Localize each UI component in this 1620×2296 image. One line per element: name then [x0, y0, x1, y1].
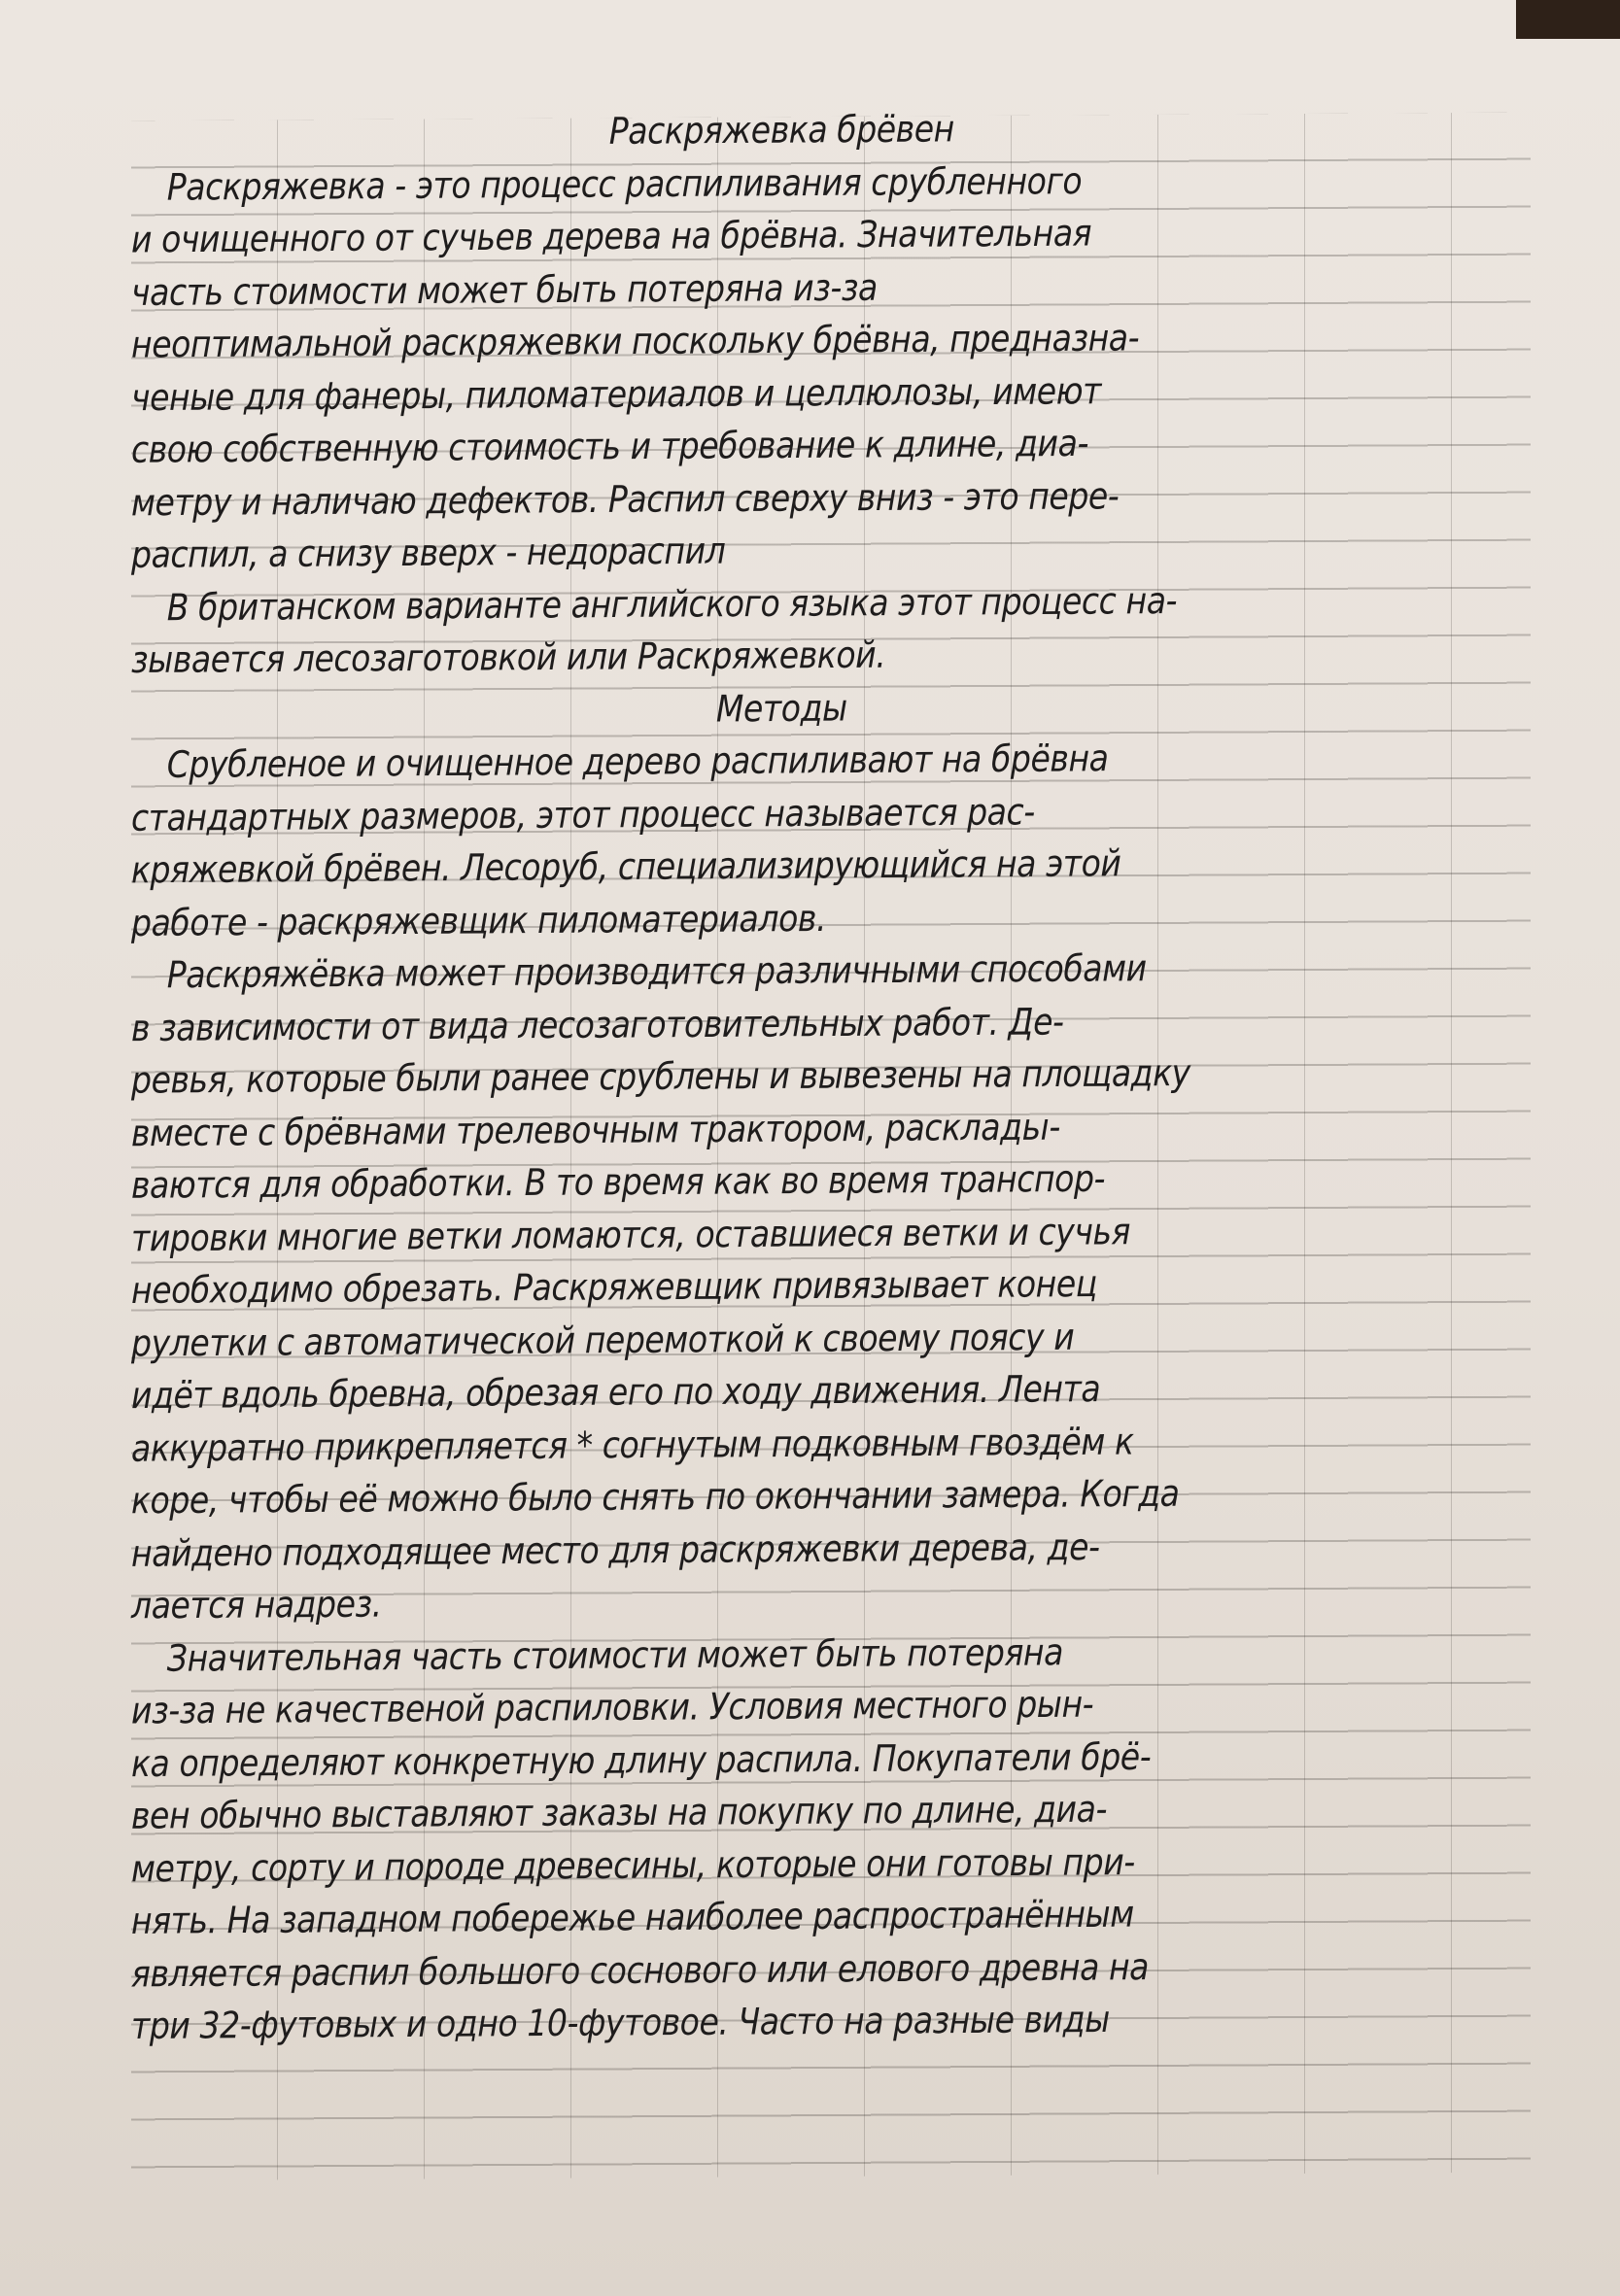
text-line: ваются для обработки. В то время как во …: [131, 1151, 1432, 1213]
text-line: стандартных размеров, этот процесс назыв…: [131, 783, 1432, 844]
text-line: кряжевкой брёвен. Лесоруб, специализирую…: [131, 836, 1432, 897]
text-line: аккуратно прикрепляется * согнутым подко…: [131, 1414, 1432, 1475]
text-line: вместе с брёвнами трелевочным трактором,…: [131, 1099, 1432, 1160]
text-line: рулетки с автоматической перемоткой к св…: [131, 1309, 1432, 1370]
text-line: нять. На западном побережье наиболее рас…: [131, 1887, 1432, 1948]
text-line: метру, сорту и породе древесины, которые…: [131, 1834, 1432, 1896]
text-line: неоптимальной раскряжевки поскольку брёв…: [131, 310, 1432, 371]
text-line: Значительная часть стоимости может быть …: [131, 1624, 1432, 1685]
handwritten-text: Раскряжевка брёвен Раскряжевка - это про…: [131, 99, 1545, 2053]
text-line: работе - раскряжевщик пиломатериалов.: [131, 888, 1432, 949]
section-heading: Методы: [131, 678, 1432, 739]
document-title: Раскряжевка брёвен: [131, 100, 1432, 161]
text-line: является распил большого соснового или е…: [131, 1939, 1432, 2001]
text-line: В британском варианте английского языка …: [131, 573, 1432, 634]
text-line: необходимо обрезать. Раскряжевщик привяз…: [131, 1256, 1432, 1318]
text-line: свою собственную стоимость и требование …: [131, 416, 1432, 477]
text-line: распил, а снизу вверх - недораспил: [131, 521, 1432, 582]
text-line: Срубленое и очищенное дерево распиливают…: [131, 731, 1432, 792]
text-line: три 32-футовых и одно 10-футовое. Часто …: [131, 1992, 1432, 2053]
text-line: Раскряжёвка может производится различным…: [131, 941, 1432, 1002]
text-line: из-за не качественой распиловки. Условия…: [131, 1676, 1432, 1737]
text-line: Раскряжевка - это процесс распиливания с…: [131, 153, 1432, 214]
background-surface: [1513, 0, 1620, 44]
text-line: вен обычно выставляют заказы на покупку …: [131, 1781, 1432, 1842]
text-line: ревья, которые были ранее срублены и выв…: [131, 1045, 1432, 1107]
text-line: тировки многие ветки ломаются, оставшиес…: [131, 1204, 1432, 1265]
text-line: часть стоимости может быть потеряна из-з…: [131, 257, 1432, 319]
text-line: идёт вдоль бревна, обрезая его по ходу д…: [131, 1361, 1432, 1422]
text-line: в зависимости от вида лесозаготовительны…: [131, 993, 1432, 1054]
text-line: метру и наличаю дефектов. Распил сверху …: [131, 468, 1432, 530]
paper-sheet: Раскряжевка брёвен Раскряжевка - это про…: [0, 0, 1620, 2296]
text-line: ченые для фанеры, пиломатериалов и целлю…: [131, 362, 1432, 424]
text-line: ка определяют конкретную длину распила. …: [131, 1729, 1432, 1790]
text-line: и очищенного от сучьев дерева на брёвна.…: [131, 205, 1432, 266]
text-line: коре, чтобы её можно было снять по оконч…: [131, 1466, 1432, 1527]
text-line: лается надрез.: [131, 1571, 1432, 1632]
text-line: зывается лесозаготовкой или Раскряжевкой…: [131, 626, 1432, 687]
text-line: найдено подходящее место для раскряжевки…: [131, 1519, 1432, 1580]
